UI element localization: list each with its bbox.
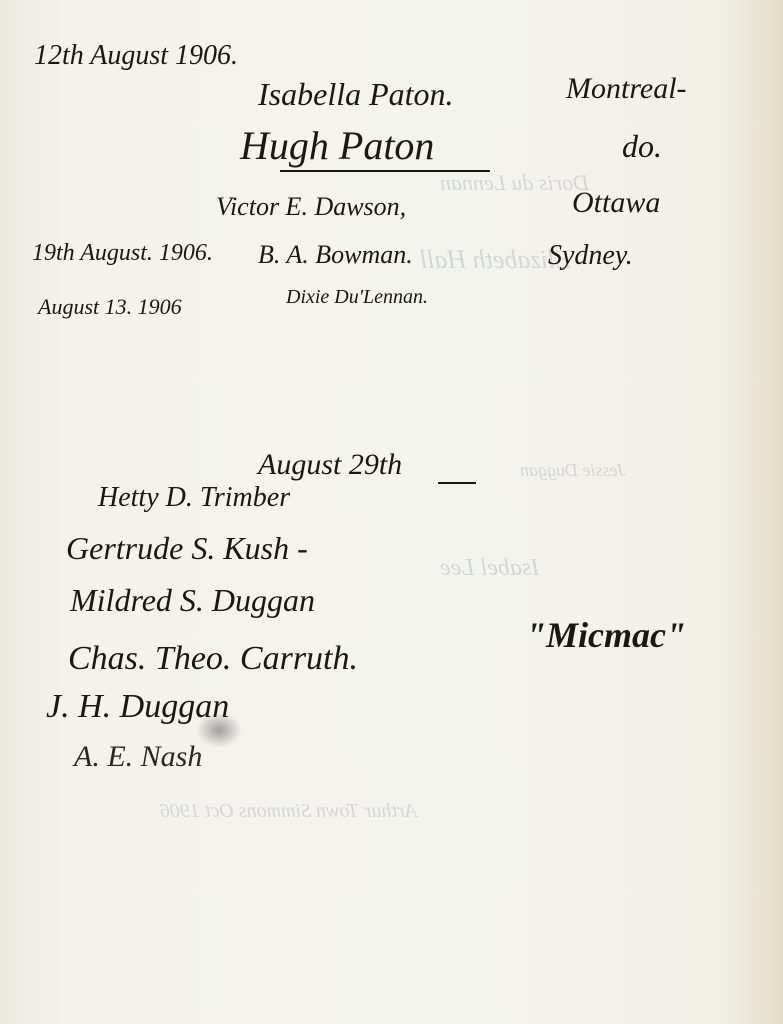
bleedthrough-text: Isabel Lee	[440, 555, 539, 582]
entry-place: Montreal-	[566, 72, 687, 106]
entry-place: do.	[622, 128, 662, 165]
signature: A. E. Nash	[74, 740, 202, 774]
vessel-name: "Micmac"	[526, 614, 686, 656]
bleedthrough-text: Jessie Duggan	[520, 460, 625, 481]
signature: Mildred S. Duggan	[70, 582, 315, 619]
entry-name: B. A. Bowman.	[258, 240, 413, 270]
entry-date: 12th August 1906.	[34, 40, 238, 72]
signature: Hetty D. Trimber	[98, 482, 290, 514]
entry-name: Dixie Du'Lennan.	[286, 286, 428, 309]
signature: Gertrude S. Kush -	[66, 530, 308, 567]
entry-name: Victor E. Dawson,	[216, 192, 406, 222]
guestbook-page: Doris du Lennan Elizabeth Hall Jessie Du…	[0, 0, 783, 1024]
entry-name: Isabella Paton.	[258, 76, 454, 113]
date-underline	[438, 482, 476, 484]
entry-name: Hugh Paton	[240, 122, 434, 169]
bleedthrough-text: Doris du Lennan	[440, 170, 589, 196]
entry-date: August 13. 1906	[38, 294, 182, 320]
entry-place: Ottawa	[572, 186, 660, 220]
ink-smudge	[196, 712, 242, 748]
entry-date: 19th August. 1906.	[32, 240, 213, 267]
bleedthrough-text: Arthur Town Simmons Oct 1906	[160, 800, 417, 823]
signature-flourish	[280, 170, 490, 172]
group-date: August 29th	[258, 448, 402, 482]
signature: Chas. Theo. Carruth.	[68, 640, 358, 678]
entry-place: Sydney.	[548, 240, 633, 272]
